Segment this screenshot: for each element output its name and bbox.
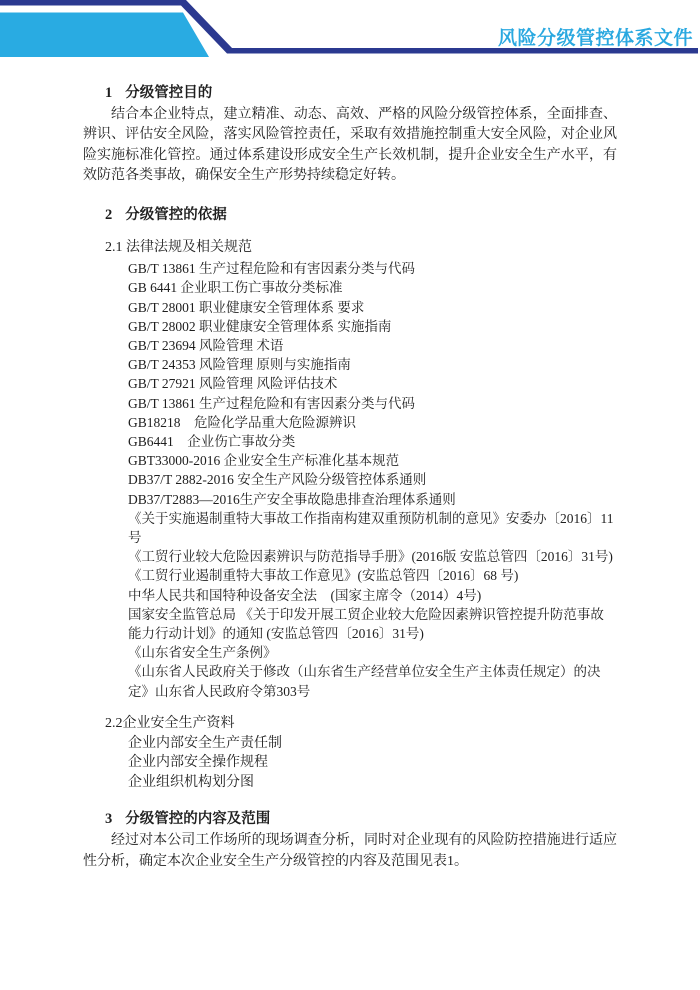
document-content: 1 分级管控目的 结合本企业特点，建立精准、动态、高效、严格的风险分级管控体系，… [83,60,617,872]
law-item: GB 6441 企业职工伤亡事故分类标准 [128,278,617,297]
law-item: GB/T 28002 职业健康安全管理体系 实施指南 [128,317,617,336]
law-item: GB/T 13861 生产过程危险和有害因素分类与代码 [128,394,617,413]
document-title: 风险分级管控体系文件 [498,23,693,50]
subsection-2-2-label: 2.2企业安全生产资料 [105,714,617,734]
law-item: 中华人民共和国特种设备安全法 (国家主席令（2014）4号) [128,586,617,605]
law-reference-list: GB/T 13861 生产过程危险和有害因素分类与代码 GB 6441 企业职工… [128,259,617,701]
material-item: 企业内部安全操作规程 [128,753,617,773]
law-item: GB/T 23694 风险管理 术语 [128,336,617,355]
law-item: DB37/T 2882-2016 安全生产风险分级管控体系通则 [128,470,617,489]
document-page: 风险分级管控体系文件 1 分级管控目的 结合本企业特点，建立精准、动态、高效、严… [0,0,700,990]
section-1-heading: 1 分级管控目的 [105,83,617,103]
law-item: DB37/T2883—2016生产安全事故隐患排查治理体系通则 [128,490,617,509]
material-item: 企业内部安全生产责任制 [128,734,617,754]
section-1-paragraph: 结合本企业特点，建立精准、动态、高效、严格的风险分级管控体系，全面排查、辨识、评… [83,105,617,186]
subsection-2-1-label: 2.1 法律法规及相关规范 [105,238,617,258]
law-item: GB/T 24353 风险管理 原则与实施指南 [128,355,617,374]
law-item: GB18218 危险化学品重大危险源辨识 [128,413,617,432]
law-item: 《山东省安全生产条例》 [128,643,617,662]
section-2-title: 分级管控的依据 [125,205,227,225]
law-item: 国家安全监管总局 《关于印发开展工贸企业较大危险因素辨识管控提升防范事故能力行动… [128,605,617,643]
material-item: 企业组织机构划分图 [128,773,617,793]
section-3-number: 3 [105,809,112,829]
law-item: GB6441 企业伤亡事故分类 [128,432,617,451]
section-3-title: 分级管控的内容及范围 [125,809,270,829]
law-item: 《关于实施遏制重特大事故工作指南构建双重预防机制的意见》安委办〔2016〕11号 [128,509,617,547]
law-item: 《工贸行业较大危险因素辨识与防范指导手册》(2016版 安监总管四〔2016〕3… [128,547,617,566]
law-item: 《山东省人民政府关于修改（山东省生产经营单位安全生产主体责任规定）的决定》山东省… [128,662,617,700]
section-3-paragraph: 经过对本公司工作场所的现场调查分析，同时对企业现有的风险防控措施进行适应性分析，… [83,831,617,872]
section-2-number: 2 [105,205,112,225]
section-1-number: 1 [105,83,112,103]
law-item: GB/T 13861 生产过程危险和有害因素分类与代码 [128,259,617,278]
section-1-title: 分级管控目的 [125,83,212,103]
section-3-heading: 3 分级管控的内容及范围 [105,809,617,829]
law-item: GB/T 28001 职业健康安全管理体系 要求 [128,298,617,317]
banner-cyan-parallelogram [0,13,209,58]
section-2-heading: 2 分级管控的依据 [105,205,617,225]
law-item: 《工贸行业遏制重特大事故工作意见》(安监总管四〔2016〕68 号) [128,566,617,585]
law-item: GB/T 27921 风险管理 风险评估技术 [128,374,617,393]
law-item: GBT33000-2016 企业安全生产标准化基本规范 [128,451,617,470]
enterprise-material-list: 企业内部安全生产责任制 企业内部安全操作规程 企业组织机构划分图 [128,734,617,793]
